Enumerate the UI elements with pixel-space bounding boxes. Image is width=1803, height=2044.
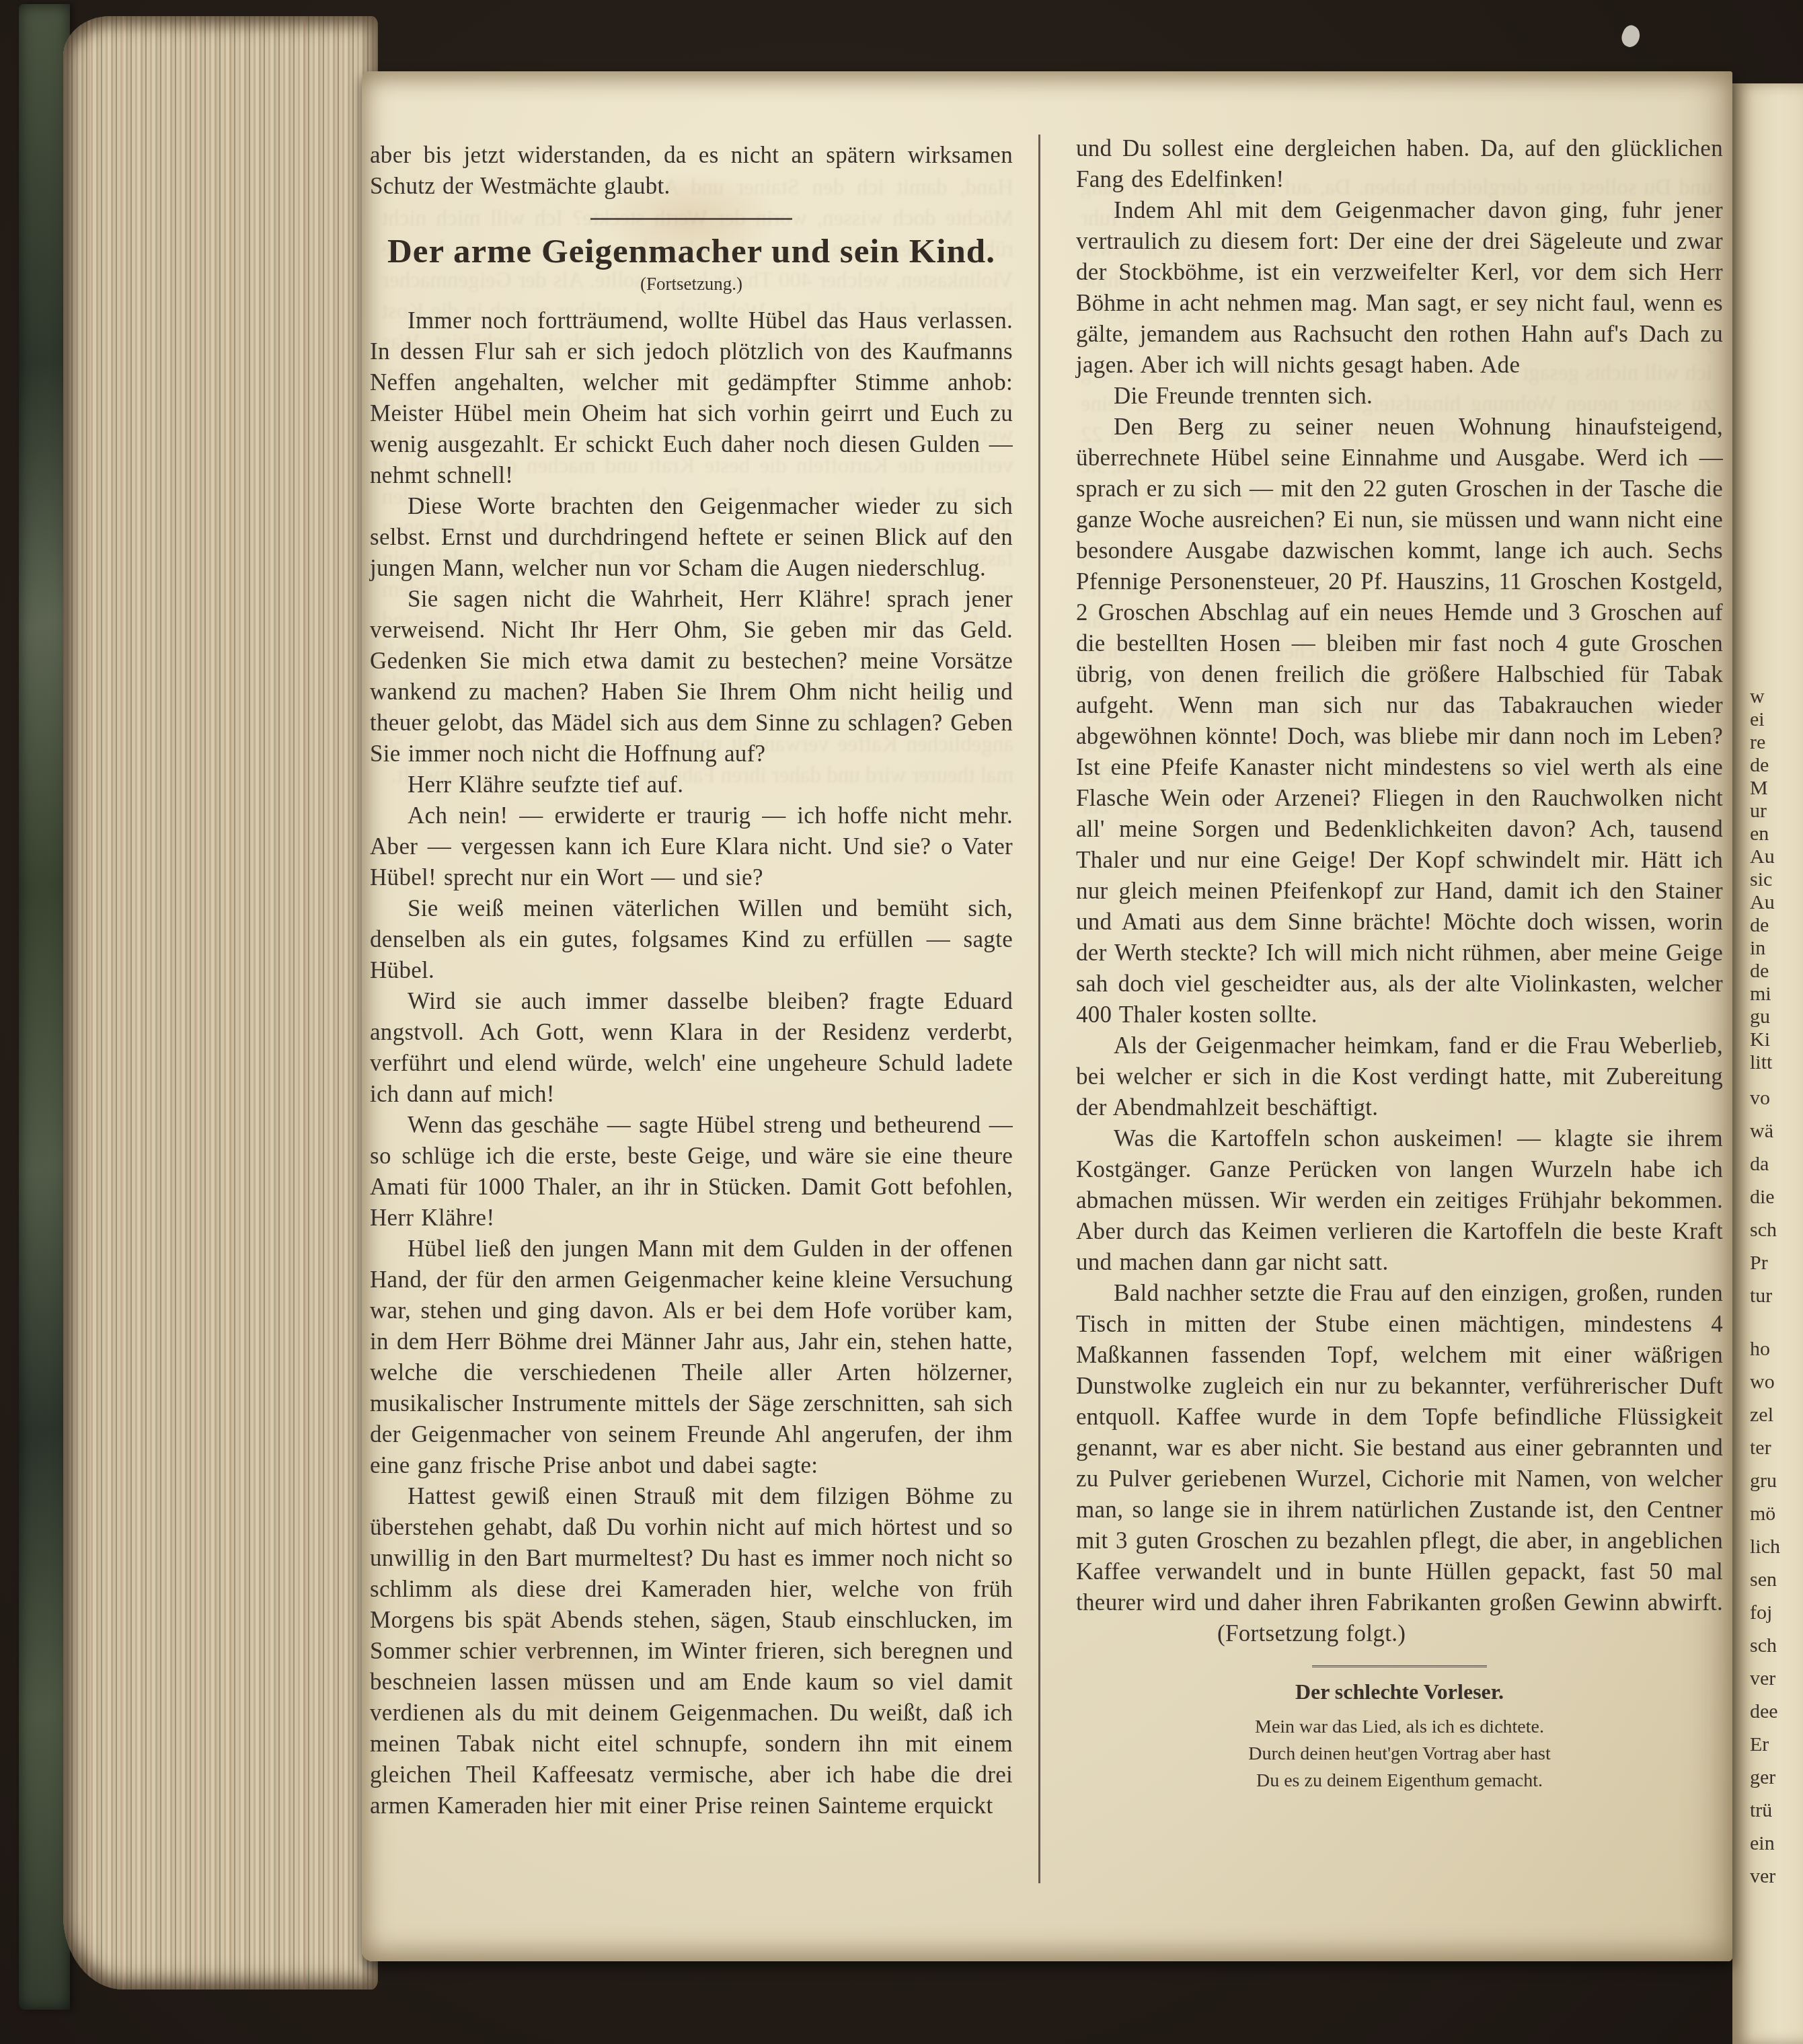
paragraph: Herr Klähre seufzte tief auf.: [370, 769, 1013, 800]
fragment-line: trü: [1750, 1794, 1780, 1827]
main-page: und Du sollest eine dergleichen haben. D…: [362, 71, 1732, 1961]
fragment-line: de: [1750, 960, 1775, 983]
paragraph: Sie weiß meinen väterlichen Willen und b…: [370, 893, 1013, 986]
paragraph: Die Freunde trennten sich.: [1076, 381, 1723, 412]
fragment-line: sch: [1750, 1213, 1780, 1246]
fragment-line: litt: [1750, 1051, 1775, 1074]
paragraph: Indem Ahl mit dem Geigenmacher davon gin…: [1076, 195, 1723, 381]
paragraph: Hübel ließ den jungen Mann mit dem Gulde…: [370, 1234, 1013, 1481]
fragment-line: wo: [1750, 1365, 1780, 1398]
fragment-line: ur: [1750, 800, 1775, 823]
book-cover-board: [19, 4, 70, 2010]
story-subtitle: (Fortsetzung.): [370, 274, 1013, 295]
fragment-line: de: [1750, 754, 1775, 777]
fragment-line: mi: [1750, 983, 1775, 1006]
fragment-line: gu: [1750, 1006, 1775, 1028]
right-column: und Du sollest eine dergleichen haben. D…: [1076, 133, 1723, 1794]
fragment-line: en: [1750, 823, 1775, 845]
fragment-line: foj: [1750, 1596, 1780, 1629]
next-page-sliver: weiredeMurenAusicAudeindemiguKilitt vowä…: [1732, 83, 1803, 2044]
photo-backdrop: weiredeMurenAusicAudeindemiguKilitt vowä…: [0, 0, 1803, 2044]
poem-line: Du es zu deinem Eigenthum gemacht.: [1076, 1768, 1723, 1794]
fragment-line: ei: [1750, 708, 1775, 731]
fragment-line: de: [1750, 914, 1775, 937]
poem: Mein war das Lied, als ich es dichtete. …: [1076, 1714, 1723, 1794]
fragment-line: die: [1750, 1180, 1780, 1213]
fragment-line: Au: [1750, 845, 1775, 868]
paragraph: Sie sagen nicht die Wahrheit, Herr Klähr…: [370, 584, 1013, 769]
fragment-line: Au: [1750, 891, 1775, 914]
continuation-note: (Fortsetzung folgt.): [1217, 1618, 1406, 1649]
fragment-line: ver: [1750, 1662, 1780, 1695]
fragment-line: zel: [1750, 1398, 1780, 1431]
fragment-line: Er: [1750, 1728, 1780, 1761]
fragment-line: gru: [1750, 1464, 1780, 1497]
fragment-line: ho: [1750, 1332, 1780, 1365]
column-rule: [1038, 135, 1040, 1883]
paragraph-continuation: und Du sollest eine dergleichen haben. D…: [1076, 133, 1723, 195]
fragment-line: sch: [1750, 1629, 1780, 1662]
fragment-line: re: [1750, 731, 1775, 754]
fragment-line: w: [1750, 685, 1775, 708]
dust-speck: [1619, 23, 1644, 50]
story-title: Der arme Geigenmacher und sein Kind.: [370, 232, 1013, 271]
fragment-line: Ki: [1750, 1028, 1775, 1051]
fragment-line: [1750, 1312, 1780, 1332]
next-page-fragments-lower: vowädadieschPrturhowozeltergrumölichsenf…: [1750, 1082, 1780, 1893]
paragraph: Immer noch fortträumend, wollte Hübel da…: [370, 305, 1013, 491]
left-column: aber bis jetzt widerstanden, da es nicht…: [370, 140, 1013, 1821]
fragment-line: ein: [1750, 1827, 1780, 1860]
fragment-line: in: [1750, 937, 1775, 960]
section-divider: [1312, 1665, 1487, 1667]
fragment-line: lich: [1750, 1530, 1780, 1563]
paragraph: Bald nachher setzte die Frau auf den ein…: [1076, 1278, 1723, 1649]
paragraph-text: Bald nachher setzte die Frau auf den ein…: [1076, 1280, 1723, 1616]
fragment-line: dee: [1750, 1695, 1780, 1728]
paragraph: Als der Geigenmacher heimkam, fand er di…: [1076, 1030, 1723, 1123]
paragraph-continuation: aber bis jetzt widerstanden, da es nicht…: [370, 140, 1013, 202]
fragment-line: vo: [1750, 1082, 1780, 1114]
paragraph: Hattest gewiß einen Strauß mit dem filzi…: [370, 1481, 1013, 1821]
next-page-fragments-upper: weiredeMurenAusicAudeindemiguKilitt: [1750, 685, 1775, 1074]
fragment-line: da: [1750, 1147, 1780, 1180]
paragraph: Was die Kartoffeln schon auskeimen! — kl…: [1076, 1123, 1723, 1278]
poem-title: Der schlechte Vorleser.: [1076, 1679, 1723, 1704]
paragraph: Wird sie auch immer dasselbe bleiben? fr…: [370, 986, 1013, 1110]
fragment-line: ger: [1750, 1761, 1780, 1794]
poem-line: Durch deinen heut'gen Vortrag aber hast: [1076, 1741, 1723, 1768]
fragment-line: tur: [1750, 1279, 1780, 1312]
paragraph: Wenn das geschähe — sagte Hübel streng u…: [370, 1110, 1013, 1234]
fragment-line: sic: [1750, 868, 1775, 891]
fragment-line: M: [1750, 777, 1775, 800]
paragraph: Diese Worte brachten den Geigenmacher wi…: [370, 491, 1013, 584]
fragment-line: ver: [1750, 1860, 1780, 1893]
paragraph: Ach nein! — erwiderte er traurig — ich h…: [370, 800, 1013, 893]
fragment-line: ter: [1750, 1431, 1780, 1464]
page-edge-stack: [63, 16, 378, 1990]
poem-line: Mein war das Lied, als ich es dichtete.: [1076, 1714, 1723, 1741]
fragment-line: mö: [1750, 1497, 1780, 1530]
fragment-line: sen: [1750, 1563, 1780, 1596]
fragment-line: wä: [1750, 1114, 1780, 1147]
section-divider: [590, 218, 792, 220]
paragraph: Den Berg zu seiner neuen Wohnung hinaufs…: [1076, 412, 1723, 1030]
fragment-line: Pr: [1750, 1246, 1780, 1279]
